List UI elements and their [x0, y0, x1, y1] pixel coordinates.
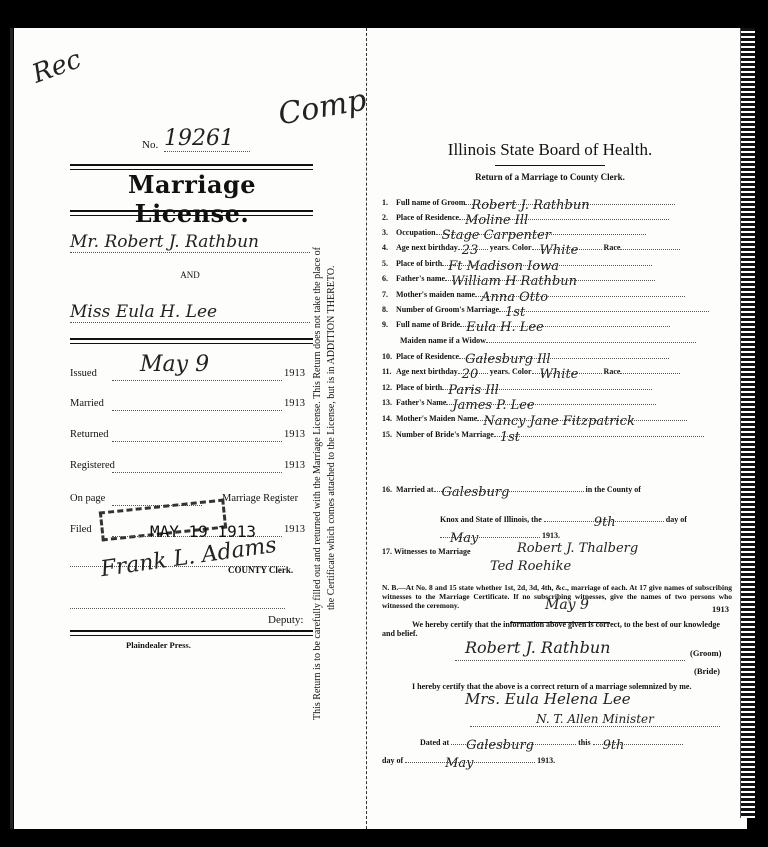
issued-year: 1913 — [284, 368, 305, 379]
field-row: 11.Age next birthday20 years. ColorWhite… — [382, 367, 732, 381]
on-page-label: On page — [70, 493, 105, 504]
field-row: 9.Full name of BrideEula H. Lee — [382, 320, 732, 334]
field-row: 6.Father's nameWilliam H Rathbun — [382, 274, 732, 288]
officiant-signature-1: Mrs. Eula Helena Lee — [465, 690, 631, 708]
page-fold-line — [366, 28, 368, 829]
bottom-rule — [70, 630, 313, 636]
field-label: Number of Bride's Marriage — [396, 430, 494, 439]
field-value-2: White — [540, 243, 579, 258]
filed-year: 1913 — [284, 524, 305, 535]
field-row: 13.Father's NameJames P. Lee — [382, 398, 732, 412]
married-year: 1913 — [284, 398, 305, 409]
field-value: William H Rathbun — [451, 274, 577, 289]
field-value: 1st — [500, 430, 520, 445]
field-row: 12.Place of birthParis Ill — [382, 383, 732, 397]
field-row: Maiden name if a Widow — [400, 336, 750, 350]
married-month: May — [450, 531, 478, 546]
printer-imprint: Plaindealer Press. — [126, 640, 191, 650]
field-value: Stage Carpenter — [442, 228, 551, 243]
dated-place: Galesburg — [466, 738, 534, 753]
field-label: Married at — [396, 485, 434, 494]
field-row: 16.Married atGalesburg in the County of — [382, 485, 732, 499]
field-value: Moline Ill — [465, 213, 528, 228]
field-value: Eula H. Lee — [466, 320, 544, 335]
field-value: Paris Ill — [448, 383, 499, 398]
license-number: 19261 — [164, 126, 250, 152]
dated-row: Dated at Galesburg this 9th — [420, 738, 768, 752]
field-label: Full name of Groom — [396, 198, 465, 207]
deputy-line — [70, 608, 285, 609]
field-row: 8.Number of Groom's Marriage1st — [382, 305, 732, 319]
field-value: Robert J. Rathbun — [471, 198, 589, 213]
field-value: 20 — [462, 367, 479, 382]
deputy-label: Deputy: — [268, 614, 303, 626]
certify-date: May 9 — [545, 597, 589, 613]
field-row: 3.OccupationStage Carpenter — [382, 228, 732, 242]
page-left-border — [10, 28, 13, 829]
issued-label: Issued — [70, 368, 97, 379]
bride-signature-line — [455, 660, 685, 661]
bride-name: Miss Eula H. Lee — [70, 302, 310, 323]
returned-label: Returned — [70, 429, 109, 440]
returned-year: 1913 — [284, 429, 305, 440]
field-label: Father's Name — [396, 398, 446, 407]
marriage-register-label: Marriage Register — [222, 493, 298, 504]
board-title: Illinois State Board of Health. — [400, 140, 700, 160]
field-value: Ft Madison Iowa — [448, 259, 559, 274]
names-rule — [70, 338, 313, 344]
returned-field — [112, 429, 282, 442]
field-label: Father's name — [396, 274, 445, 283]
witness-2-row: Ted Roehike — [470, 565, 768, 579]
certify-text: We hereby certify that the information a… — [382, 620, 732, 638]
field-value: 1st — [505, 305, 525, 320]
field-value: 23 — [462, 243, 479, 258]
witness-1: Robert J. Thalberg — [517, 541, 638, 556]
field-row: 5.Place of birthFt Madison Iowa — [382, 259, 732, 273]
married-label: Married — [70, 398, 104, 409]
field-row: 1.Full name of GroomRobert J. Rathbun — [382, 198, 732, 212]
bride-label: (Bride) — [694, 666, 720, 676]
county-clerk-label: COUNTY Clerk. — [228, 565, 293, 575]
field-row: 15.Number of Bride's Marriage1st — [382, 430, 732, 444]
registered-label: Registered — [70, 460, 115, 471]
board-subtitle: Return of a Marriage to County Clerk. — [400, 172, 700, 182]
field-row: 14.Mother's Maiden NameNancy Jane Fitzpa… — [382, 414, 732, 428]
issued-field — [112, 368, 282, 381]
dated-month: May — [445, 756, 473, 771]
county-line: Knox and State of Illinois, the 9th day … — [440, 515, 768, 529]
field-label: Age next birthday — [396, 367, 458, 376]
field-value: Nancy Jane Fitzpatrick — [483, 414, 635, 429]
field-label: Age next birthday — [396, 243, 458, 252]
perforated-edge — [740, 28, 755, 818]
field-label: Place of Residence — [396, 213, 459, 222]
title-rule-bottom — [70, 210, 313, 216]
field-value: James P. Lee — [452, 398, 534, 413]
groom-signature: Robert J. Rathbun — [465, 638, 610, 657]
field-value: Galesburg Ill — [465, 352, 550, 367]
married-day: 9th — [594, 515, 616, 530]
vertical-note-2: the Certificate which comes attached to … — [326, 265, 337, 610]
witness-2: Ted Roehike — [490, 559, 571, 574]
day-of-row: day of May 1913. — [382, 756, 732, 770]
groom-name: Mr. Robert J. Rathbun — [70, 232, 310, 253]
field-label: Occupation — [396, 228, 436, 237]
field-label: Mother's maiden name — [396, 290, 475, 299]
and-label: AND — [70, 270, 310, 280]
field-label: Number of Groom's Marriage — [396, 305, 499, 314]
field-row: 2.Place of ResidenceMoline Ill — [382, 213, 732, 227]
filed-label: Filed — [70, 524, 92, 535]
field-value: Anna Otto — [481, 290, 548, 305]
field-label: Mother's Maiden Name — [396, 414, 477, 423]
field-value: Galesburg — [442, 485, 510, 500]
field-label: Place of Residence — [396, 352, 459, 361]
title-underline — [495, 165, 605, 166]
officiant-signature-2: N. T. Allen Minister — [470, 712, 720, 727]
field-row: 4.Age next birthday23 years. ColorWhite … — [382, 243, 732, 257]
license-number-label: No. — [142, 139, 158, 151]
field-row: 10.Place of ResidenceGalesburg Ill — [382, 352, 732, 366]
registered-year: 1913 — [284, 460, 305, 471]
field-label: Full name of Bride — [396, 320, 460, 329]
certify-year: 1913 — [712, 604, 729, 614]
field-label: Maiden name if a Widow — [400, 336, 486, 345]
dated-day: 9th — [603, 738, 625, 753]
registered-field — [112, 460, 282, 473]
groom-label: (Groom) — [690, 648, 721, 658]
field-label: Place of birth — [396, 259, 442, 268]
vertical-note-1: This Return is to be carefully filled ou… — [312, 247, 323, 720]
field-value-2: White — [540, 367, 579, 382]
married-field — [112, 398, 282, 411]
field-label: Place of birth — [396, 383, 442, 392]
field-row: 7.Mother's maiden nameAnna Otto — [382, 290, 732, 304]
license-title: Marriage License. — [72, 170, 312, 228]
